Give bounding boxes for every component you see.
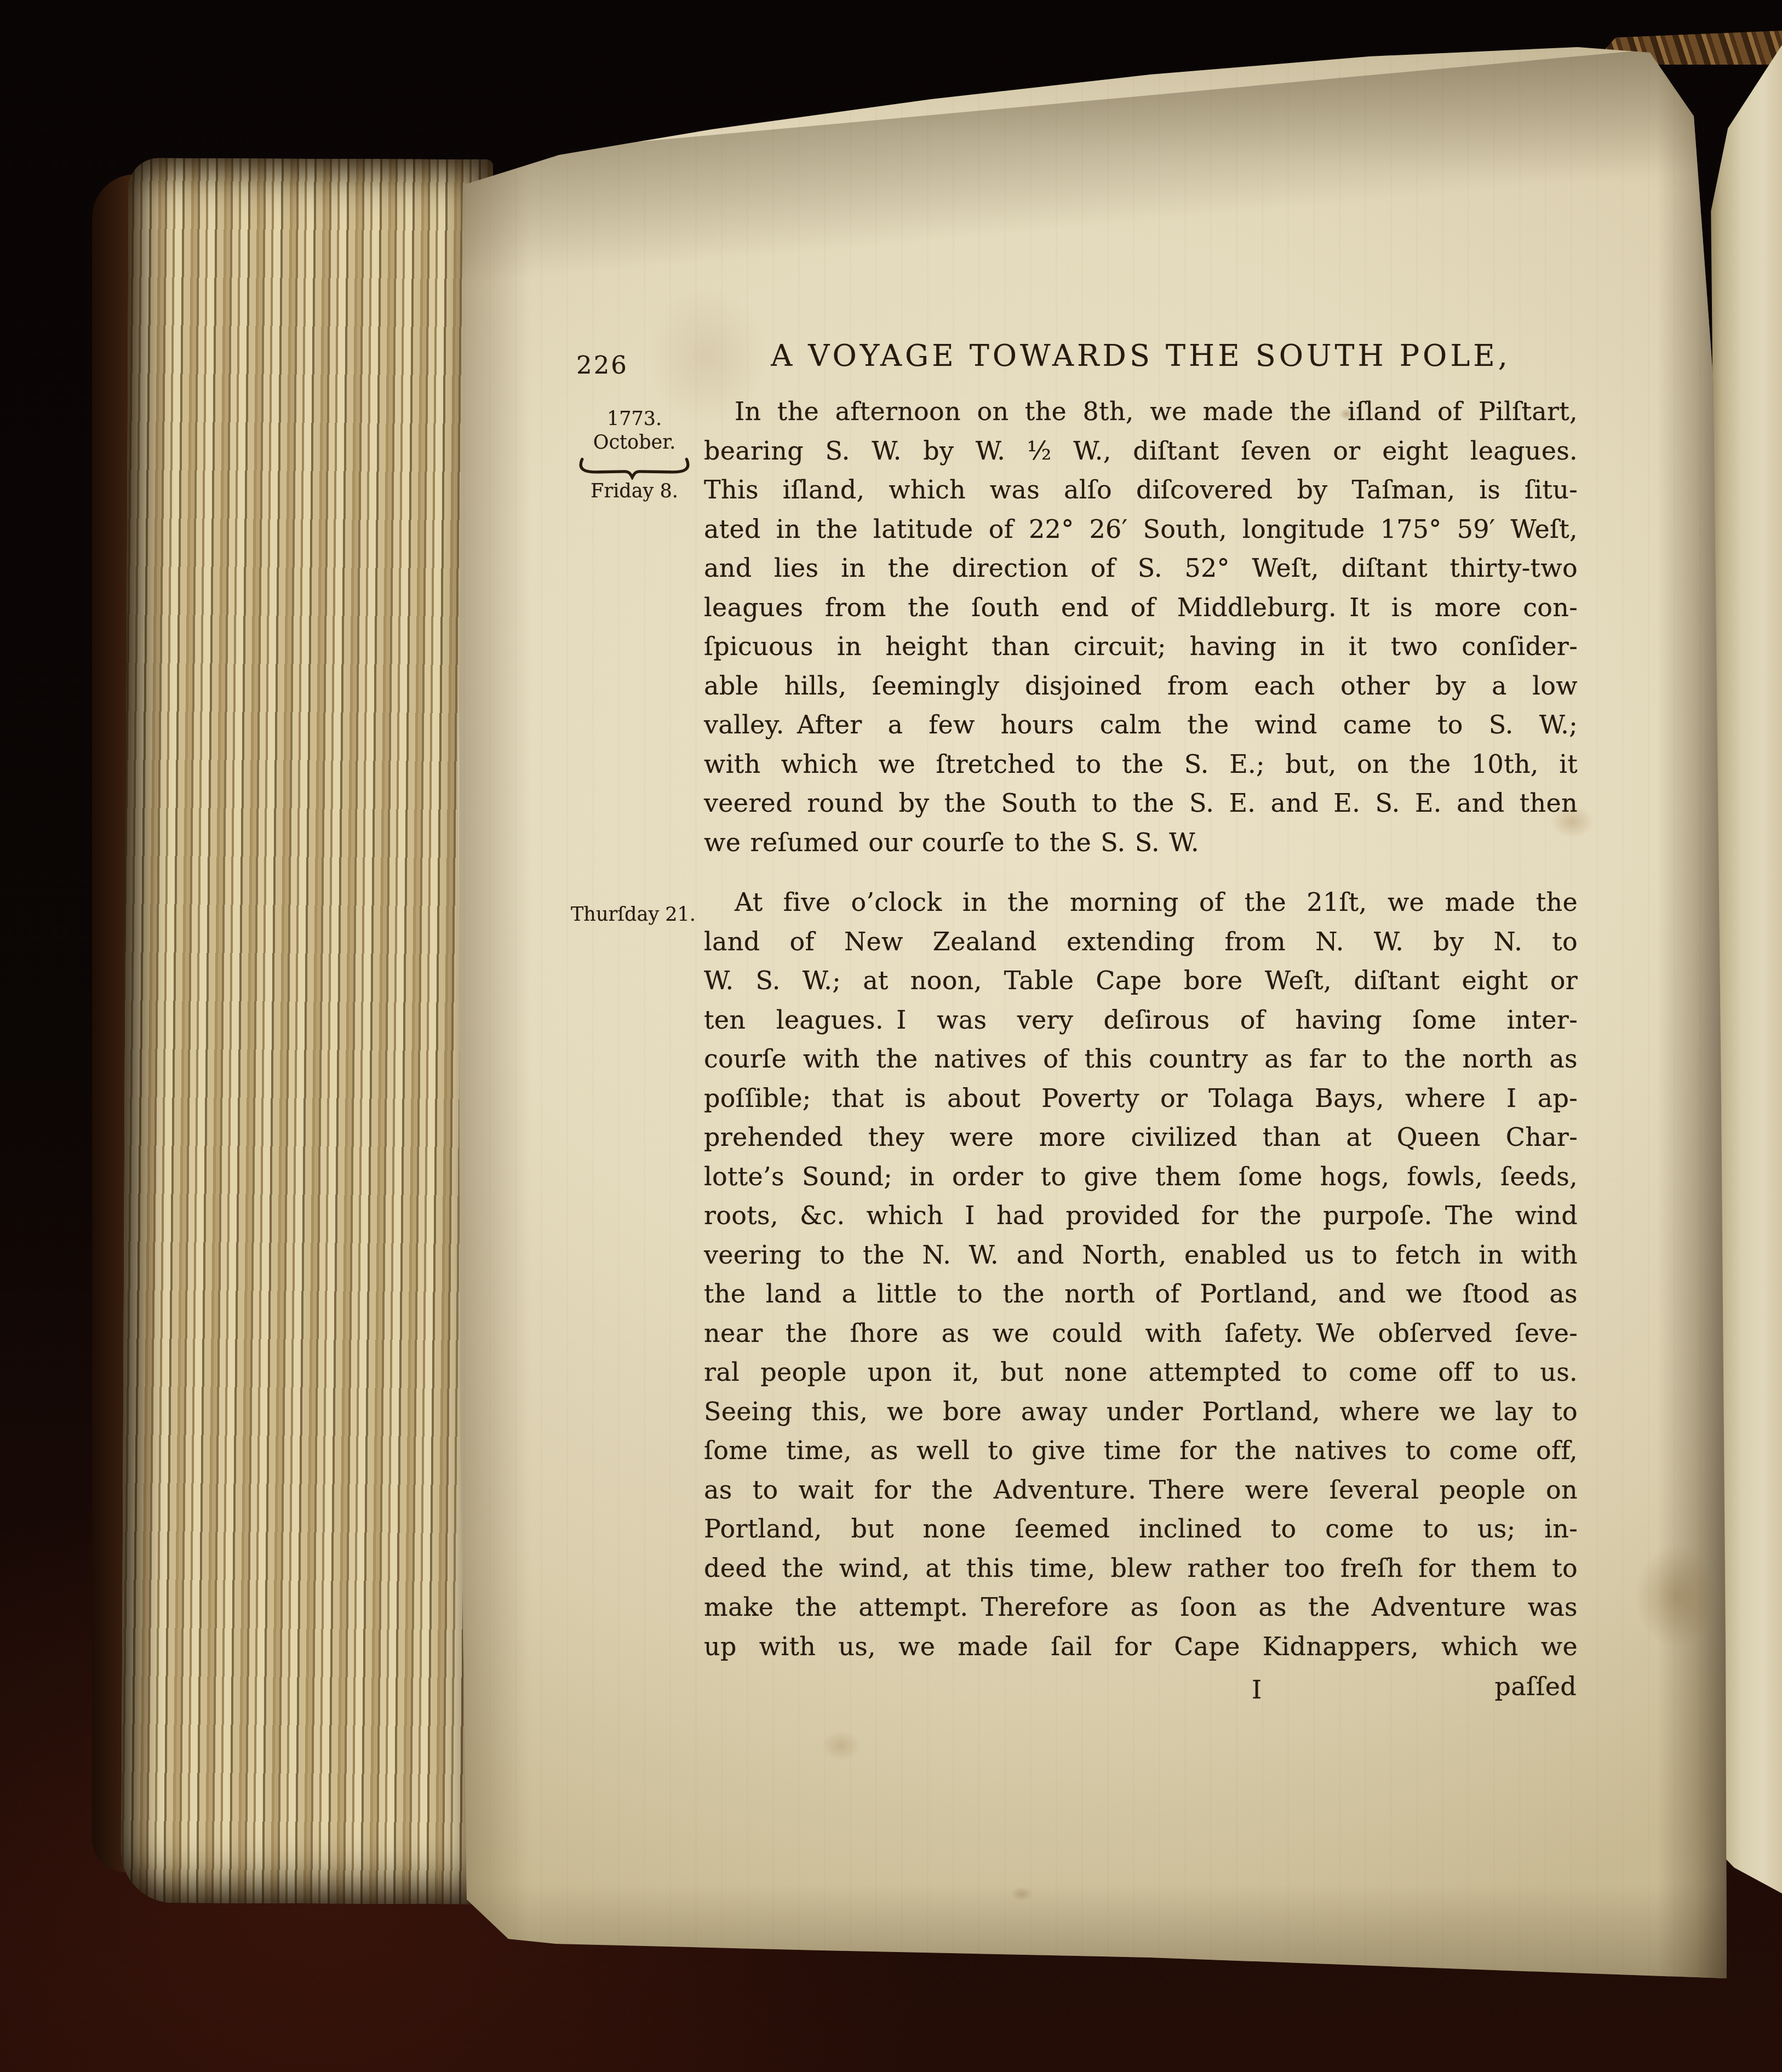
page-bottom-shadow [460,1884,1731,1983]
text-line: deed the wind, at this time, blew rather… [704,1549,1578,1588]
text-line: poſſible; that is about Poverty or Tolag… [704,1079,1578,1118]
catchword-row: I paſſed [704,1671,1578,1710]
text-line: ten leagues. I was very deſirous of havi… [704,1001,1578,1040]
text-line: This iſland, which was alſo diſcovered b… [704,470,1578,510]
text-line: near the ſhore as we could with ſafety. … [704,1314,1578,1353]
text-line: Seeing this, we bore away under Portland… [704,1392,1578,1432]
text-line: Portland, but none ſeemed inclined to co… [704,1509,1578,1549]
text-line: ſpicuous in height than circuit; having … [704,627,1578,667]
margin-note-thursday: Thurſday 21. [571,904,696,926]
catchword: paſſed [1495,1667,1577,1707]
page-number: 226 [576,351,628,380]
running-header: A VOYAGE TOWARDS THE SOUTH POLE, [704,338,1578,373]
text-line: leagues from the ſouth end of Middleburg… [704,588,1578,628]
text-line: make the attempt. Therefore as ſoon as t… [704,1588,1578,1627]
text-line: W. S. W.; at noon, Table Cape bore Weſt,… [704,961,1578,1001]
margin-note-friday: Friday 8. [562,480,707,503]
paragraph: In the afternoon on the 8th, we made the… [704,392,1578,862]
margin-note-year: 1773. [562,407,707,431]
text-line: veering to the N. W. and North, enabled … [704,1236,1578,1275]
margin-date-block: 1773. October. Friday 8. [562,407,707,503]
signature-mark: I [1252,1671,1262,1710]
text-line: roots, &c. which I had provided for the … [704,1196,1578,1236]
text-line: In the afternoon on the 8th, we made the… [704,392,1578,432]
page-left-shadow [459,153,530,1950]
text-line: lotte’s Sound; in order to give them ſom… [704,1157,1578,1197]
text-line: valley. After a few hours calm the wind … [704,705,1578,745]
page-text-block: In the afternoon on the 8th, we made the… [704,392,1578,1710]
text-line: up with us, we made ſail for Cape Kidnap… [704,1627,1578,1667]
text-line: ated in the latitude of 22° 26′ South, l… [704,510,1578,549]
text-line: ſome time, as well to give time for the … [704,1431,1578,1471]
paper-stain [1635,1545,1717,1649]
text-line: as to wait for the Adventure. There were… [704,1471,1578,1510]
text-line: courſe with the natives of this country … [704,1040,1578,1079]
text-line: veered round by the South to the S. E. a… [704,784,1578,823]
page-stack-fore-edge [121,158,493,1904]
text-line: bearing S. W. by W. ½ W., diſtant ſeven … [704,432,1578,471]
text-line: At five o’clock in the morning of the 21… [704,883,1578,922]
text-line: able hills, ſeemingly disjoined from eac… [704,667,1578,706]
margin-note-month: October. [562,431,707,455]
book-scan-photo: 226 A VOYAGE TOWARDS THE SOUTH POLE, 177… [0,0,1782,2072]
text-line: we reſumed our courſe to the S. S. W. [704,823,1578,863]
paper-stain [1011,1887,1033,1901]
text-line: and lies in the direction of S. 52° Weſt… [704,549,1578,588]
text-line: the land a little to the north of Portla… [704,1275,1578,1314]
paper-stain [822,1731,860,1761]
under-brace-icon [576,456,693,480]
text-line: prehended they were more civilized than … [704,1118,1578,1157]
paragraph: At five o’clock in the morning of the 21… [704,883,1578,1666]
text-line: with which we ſtretched to the S. E.; bu… [704,745,1578,784]
text-line: land of New Zealand extending from N. W.… [704,922,1578,962]
text-line: ral people upon it, but none attempted t… [704,1353,1578,1392]
